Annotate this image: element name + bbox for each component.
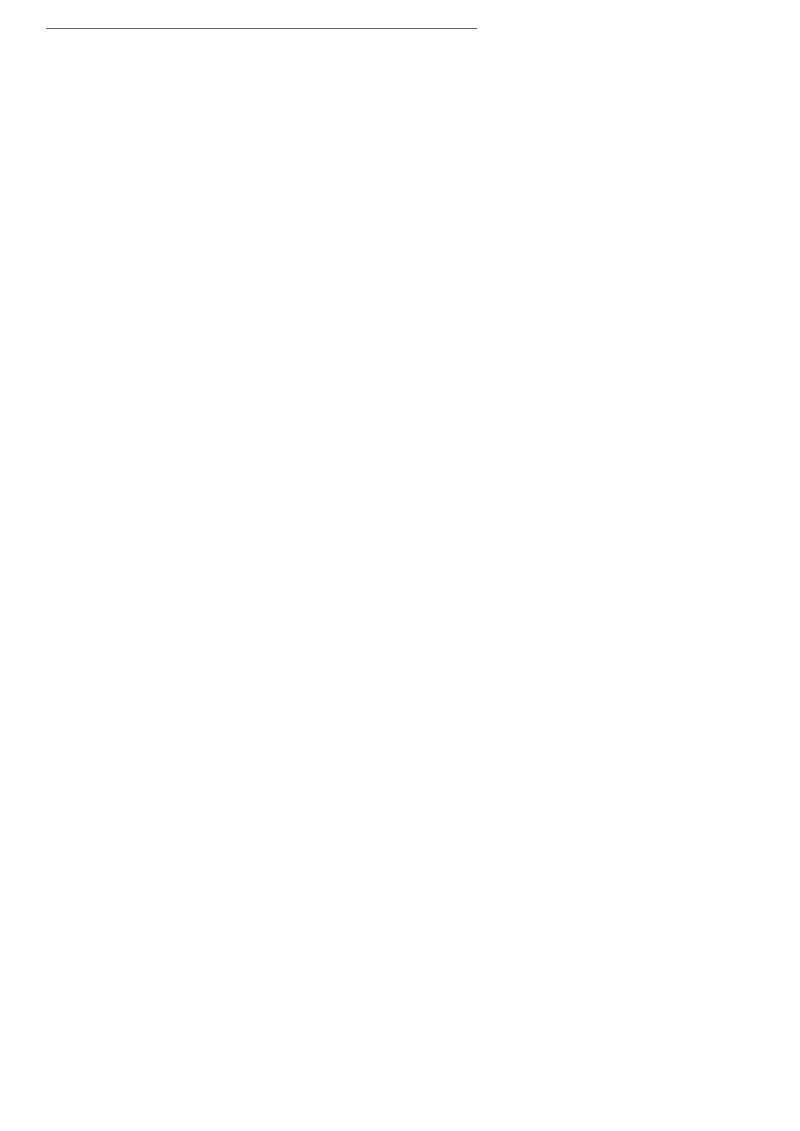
header-divider: [46, 28, 477, 29]
